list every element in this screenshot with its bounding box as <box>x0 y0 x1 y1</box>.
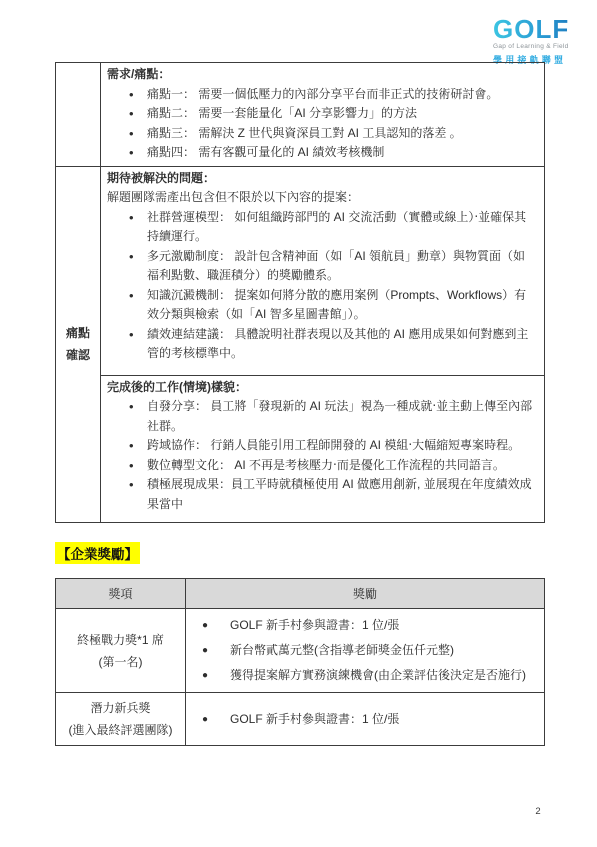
prize-subtitle: (第一名) <box>58 651 183 673</box>
list-item: 社群營運模型： 如何組織跨部門的 AI 交流活動（實體或線上）‧並確保其持續運行… <box>107 208 536 247</box>
column-header-prize: 獎項 <box>56 579 186 609</box>
page-number: 2 <box>528 806 548 817</box>
prize-name: 潛力新兵獎 <box>58 697 183 719</box>
list-item: 獲得提案解方實務演練機會(由企業評估後決定是否施行) <box>192 663 538 688</box>
section-heading: 完成後的工作(情境)樣貌： <box>107 378 536 398</box>
table-row: 需求/痛點： 痛點一： 需要一個低壓力的內部分享平台而非正式的技術研討會。 痛點… <box>56 63 545 167</box>
reward-list: GOLF 新手村參與證書：1 位/張 <box>192 707 538 732</box>
golf-logo-tagline: Gap of Learning & Field <box>493 43 579 50</box>
table-row: 潛力新兵獎 (進入最終評選團隊) GOLF 新手村參與證書：1 位/張 <box>56 693 545 746</box>
list-item: 績效連結建議： 具體說明社群表現以及其他的 AI 應用成果如何對應到主管的考核標… <box>107 325 536 364</box>
list-item: 積極展現成果：員工平時就積極使用 AI 做應用創新, 並展現在年度績效成果當中 <box>107 475 536 514</box>
proposal-list: 社群營運模型： 如何組織跨部門的 AI 交流活動（實體或線上）‧並確保其持續運行… <box>107 208 536 364</box>
reward-cell-ultimate: GOLF 新手村參與證書：1 位/張 新台幣貳萬元整(含指導老師獎金伍仟元整) … <box>186 609 545 693</box>
list-item: 數位轉型文化： AI 不再是考核壓力‧而是優化工作流程的共同語言。 <box>107 456 536 476</box>
table-row: 終極戰力獎*1 席 (第一名) GOLF 新手村參與證書：1 位/張 新台幣貳萬… <box>56 609 545 693</box>
reward-list: GOLF 新手村參與證書：1 位/張 新台幣貳萬元整(含指導老師獎金伍仟元整) … <box>192 613 538 688</box>
outcome-list: 自發分享： 員工將「發現新的 AI 玩法」視為一種成就‧並主動上傳至內部社群。 … <box>107 397 536 514</box>
golf-logo-wordmark: GOLF <box>493 16 579 42</box>
list-item: 痛點二： 需要一套能量化「AI 分享影響力」的方法 <box>107 104 536 124</box>
section-heading: 期待被解決的問題： <box>107 169 536 189</box>
prize-cell-ultimate: 終極戰力獎*1 席 (第一名) <box>56 609 186 693</box>
column-header-reward: 獎勵 <box>186 579 545 609</box>
award-table: 獎項 獎勵 終極戰力獎*1 席 (第一名) GOLF 新手村參與證書：1 位/張… <box>55 578 545 746</box>
list-item: GOLF 新手村參與證書：1 位/張 <box>192 707 538 732</box>
reward-cell-potential: GOLF 新手村參與證書：1 位/張 <box>186 693 545 746</box>
table-row: 完成後的工作(情境)樣貌： 自發分享： 員工將「發現新的 AI 玩法」視為一種成… <box>56 375 545 522</box>
section-intro: 解題團隊需產出包含但不限於以下內容的提案： <box>107 188 536 208</box>
prize-name: 終極戰力獎*1 席 <box>58 629 183 651</box>
list-item: 多元激勵制度： 設計包含精神面（如「AI 領航員」勳章）與物質面（如福利點數、職… <box>107 247 536 286</box>
label-cell-empty <box>56 63 101 167</box>
row-label-line: 痛點 <box>58 322 98 344</box>
list-item: 新台幣貳萬元整(含指導老師獎金伍仟元整) <box>192 638 538 663</box>
painpoint-list: 痛點一： 需要一個低壓力的內部分享平台而非正式的技術研討會。 痛點二： 需要一套… <box>107 85 536 163</box>
award-section-heading: 【企業獎勵】 <box>55 542 140 564</box>
section-heading: 需求/痛點： <box>107 65 536 85</box>
section-expected-problems: 期待被解決的問題： 解題團隊需產出包含但不限於以下內容的提案： 社群營運模型： … <box>101 166 545 375</box>
list-item: GOLF 新手村參與證書：1 位/張 <box>192 613 538 638</box>
document-page: { "page": { "number": "2" }, "logo": { "… <box>0 0 597 847</box>
pain-point-table: 需求/痛點： 痛點一： 需要一個低壓力的內部分享平台而非正式的技術研討會。 痛點… <box>55 62 545 523</box>
prize-subtitle: (進入最終評選團隊) <box>58 719 183 741</box>
section-work-after-completion: 完成後的工作(情境)樣貌： 自發分享： 員工將「發現新的 AI 玩法」視為一種成… <box>101 375 545 522</box>
prize-cell-potential: 潛力新兵獎 (進入最終評選團隊) <box>56 693 186 746</box>
row-label-line: 確認 <box>58 344 98 366</box>
section-needs-painpoints: 需求/痛點： 痛點一： 需要一個低壓力的內部分享平台而非正式的技術研討會。 痛點… <box>101 63 545 167</box>
list-item: 跨域協作： 行銷人員能引用工程師開發的 AI 模組‧大幅縮短專案時程。 <box>107 436 536 456</box>
list-item: 知識沉澱機制： 提案如何將分散的應用案例（Prompts、Workflows）有… <box>107 286 536 325</box>
table-row: 痛點 確認 期待被解決的問題： 解題團隊需產出包含但不限於以下內容的提案： 社群… <box>56 166 545 375</box>
golf-logo: GOLF Gap of Learning & Field 學用接軌聯盟 <box>493 16 579 66</box>
list-item: 痛點三： 需解決 Z 世代與資深員工對 AI 工具認知的落差 。 <box>107 124 536 144</box>
list-item: 痛點一： 需要一個低壓力的內部分享平台而非正式的技術研討會。 <box>107 85 536 105</box>
list-item: 痛點四： 需有客觀可量化的 AI 績效考核機制 <box>107 143 536 163</box>
row-label-pain-point-confirmation: 痛點 確認 <box>56 166 101 522</box>
award-table-header-row: 獎項 獎勵 <box>56 579 545 609</box>
list-item: 自發分享： 員工將「發現新的 AI 玩法」視為一種成就‧並主動上傳至內部社群。 <box>107 397 536 436</box>
